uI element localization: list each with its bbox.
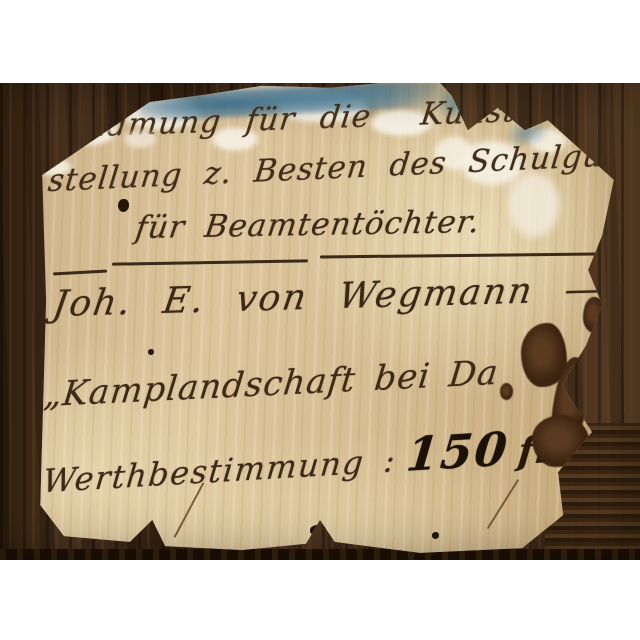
wood-bottom-edge: [0, 549, 640, 560]
handwriting-line-dedication-3: für Beamtentöchter.: [133, 206, 482, 245]
photo-of-wood-panel: Widmung für die Kunst-Aus stellung z. Be…: [0, 83, 640, 560]
paper-hole: [500, 383, 513, 400]
valuation-amount: 150: [404, 424, 511, 479]
product-photo-frame: Widmung für die Kunst-Aus stellung z. Be…: [0, 0, 640, 640]
paper-label: Widmung für die Kunst-Aus stellung z. Be…: [0, 83, 640, 560]
